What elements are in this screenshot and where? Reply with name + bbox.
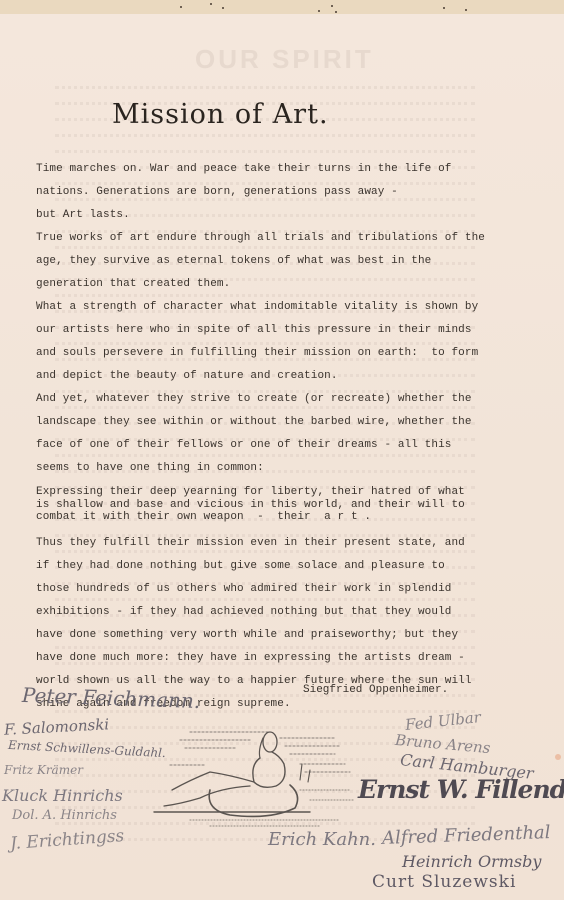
body-text-line: age, they survive as eternal tokens of w… bbox=[36, 250, 536, 273]
body-text-line: landscape they see within or without the… bbox=[36, 411, 536, 434]
typed-author-signature: Siegfried Oppenheimer. bbox=[303, 684, 448, 696]
body-text-line: True works of art endure through all tri… bbox=[36, 227, 536, 250]
body-text-line: have done something very worth while and… bbox=[36, 624, 536, 647]
body-text-line: those hundreds of us others who admired … bbox=[36, 578, 536, 601]
reclining-figure-sketch bbox=[150, 720, 360, 840]
body-text-line: face of one of their fellows or one of t… bbox=[36, 434, 536, 457]
document-title: Mission of Art. bbox=[112, 99, 329, 130]
body-text-line: And yet, whatever they strive to create … bbox=[36, 388, 536, 411]
body-text-line: and depict the beauty of nature and crea… bbox=[36, 365, 536, 388]
handwritten-signature: Ernst W. Fillendorf bbox=[358, 775, 564, 804]
document-body: Time marches on. War and peace take thei… bbox=[36, 158, 536, 716]
handwritten-signature: Curt Sluzewski bbox=[372, 872, 516, 892]
body-text-line: but Art lasts. bbox=[36, 204, 536, 227]
bleed-through-heading: OUR SPIRIT bbox=[195, 44, 374, 75]
body-text-line: generation that created them. bbox=[36, 273, 536, 296]
handwritten-signature: Heinrich Ormsby bbox=[402, 852, 541, 871]
body-text-line: combat it with their own weapon - their … bbox=[36, 511, 536, 524]
body-text-line: nations. Generations are born, generatio… bbox=[36, 181, 536, 204]
body-text-line: What a strength of character what indomi… bbox=[36, 296, 536, 319]
body-text-line: have done much more: they have in expres… bbox=[36, 647, 536, 670]
handwritten-signature: Fritz Krämer bbox=[4, 763, 83, 777]
handwritten-signature: Kluck Hinrichs bbox=[2, 786, 123, 805]
body-text-line: seems to have one thing in common: bbox=[36, 457, 536, 480]
body-text-line: Thus they fulfill their mission even in … bbox=[36, 532, 536, 555]
body-text-line: exhibitions - if they had achieved nothi… bbox=[36, 601, 536, 624]
paper-stain bbox=[555, 754, 561, 760]
body-text-line: Time marches on. War and peace take thei… bbox=[36, 158, 536, 181]
body-text-line: and souls persevere in fulfilling their … bbox=[36, 342, 536, 365]
body-text-line: Expressing their deep yearning for liber… bbox=[36, 486, 536, 499]
handwritten-signature: Dol. A. Hinrichs bbox=[12, 808, 117, 823]
paper-top-edge bbox=[0, 0, 564, 15]
body-text-line: our artists here who in spite of all thi… bbox=[36, 319, 536, 342]
body-text-line: is shallow and base and vicious in this … bbox=[36, 499, 536, 512]
handwritten-signature: Erich Kahn. bbox=[268, 829, 376, 850]
body-text-line: if they had done nothing but give some s… bbox=[36, 555, 536, 578]
